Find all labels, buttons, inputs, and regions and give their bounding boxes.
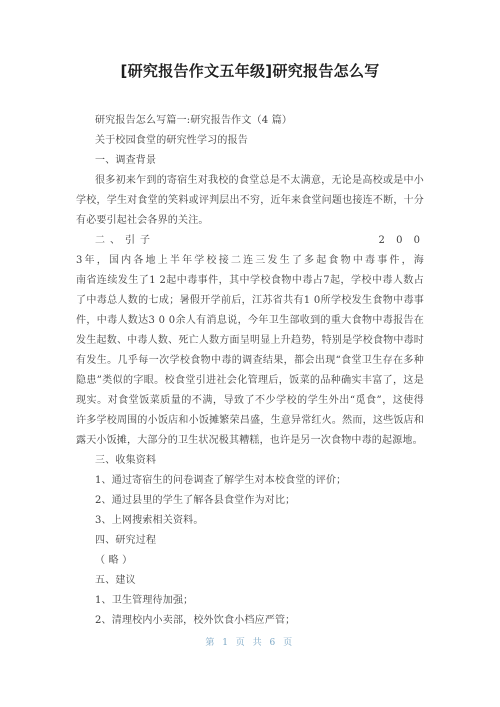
text-line: 了中毒总人数的七成；暑假开学前后，江苏省共有1 0所学校发生食物中毒事 [76,291,424,311]
text-line: 研究报告怎么写篇一:研究报告作文（4 篇） [76,111,424,131]
text-line: 很多初来乍到的寄宿生对我校的食堂总是不太满意，无论是高校或是中小 [76,171,424,191]
text-line: 露天小饭摊，大部分的卫生状况极其糟糕，也许是另一次食物中毒的起源地。 [76,431,424,451]
text-line: 许多学校周围的小饭店和小饭摊繁荣昌盛，生意异常红火。然而，这些饭店和 [76,411,424,431]
text-line: 发生起数、中毒人数、死亡人数方面呈明显上升趋势，特别是学校食物中毒时 [76,331,424,351]
text-line: （ 略 ） [76,551,424,571]
text-line: 三、收集资料 [76,451,424,471]
text-line: 2、清理校内小卖部，校外饮食小档应严管； [76,611,424,631]
page-footer: 第 1 页 共 6 页 [0,633,500,651]
text-line: 五、建议 [76,571,424,591]
text-line: 3、上网搜索相关资料。 [76,511,424,531]
text-line: 南省连续发生了1 2起中毒事件，其中学校食物中毒占7起，学校中毒人数占 [76,271,424,291]
text-line: 件，中毒人数达3 0 0余人有消息说，今年卫生部收到的重大食物中毒报告在 [76,311,424,331]
text-line: 隐患”类似的字眼。校食堂引进社会化管理后，饭菜的品种确实丰富了，这是 [76,371,424,391]
text-line: 有发生。几乎每一次学校食物中毒的调查结果，都会出现“食堂卫生存在多种 [76,351,424,371]
text-line: 学校，学生对食堂的笑料或评判层出不穷，近年来食堂问题也接连不断，十分 [76,191,424,211]
text-line: 有必要引起社会各界的关注。 [76,211,424,231]
text-line: 1、通过寄宿生的问卷调查了解学生对本校食堂的评价； [76,471,424,491]
text-line: 3年，国内各地上半年学校接二连三发生了多起食物中毒事件，海 [76,251,424,271]
text-line: 关于校园食堂的研究性学习的报告 [76,131,424,151]
document-body: 研究报告怎么写篇一:研究报告作文（4 篇）关于校园食堂的研究性学习的报告一、调查… [76,111,424,631]
document-title: [研究报告作文五年级]研究报告怎么写 [0,60,500,82]
text-line: 1、卫生管理待加强； [76,591,424,611]
text-line: 一、调查背景 [76,151,424,171]
text-line: 现实。对食堂饭菜质量的不满，导致了不少学校的学生外出“觅食”，这使得 [76,391,424,411]
text-line: 2、通过县里的学生了解各县食堂作为对比； [76,491,424,511]
text-line: 四、研究过程 [76,531,424,551]
page-indicator: 第 1 页 共 6 页 [205,638,294,648]
document-page: [研究报告作文五年级]研究报告怎么写 研究报告怎么写篇一:研究报告作文（4 篇）… [0,0,500,707]
section-heading-line: 二、引子2 0 0 [76,231,424,251]
heading-text: 二、引子 [95,231,155,251]
line-end-number-text: 2 0 0 [379,231,424,251]
